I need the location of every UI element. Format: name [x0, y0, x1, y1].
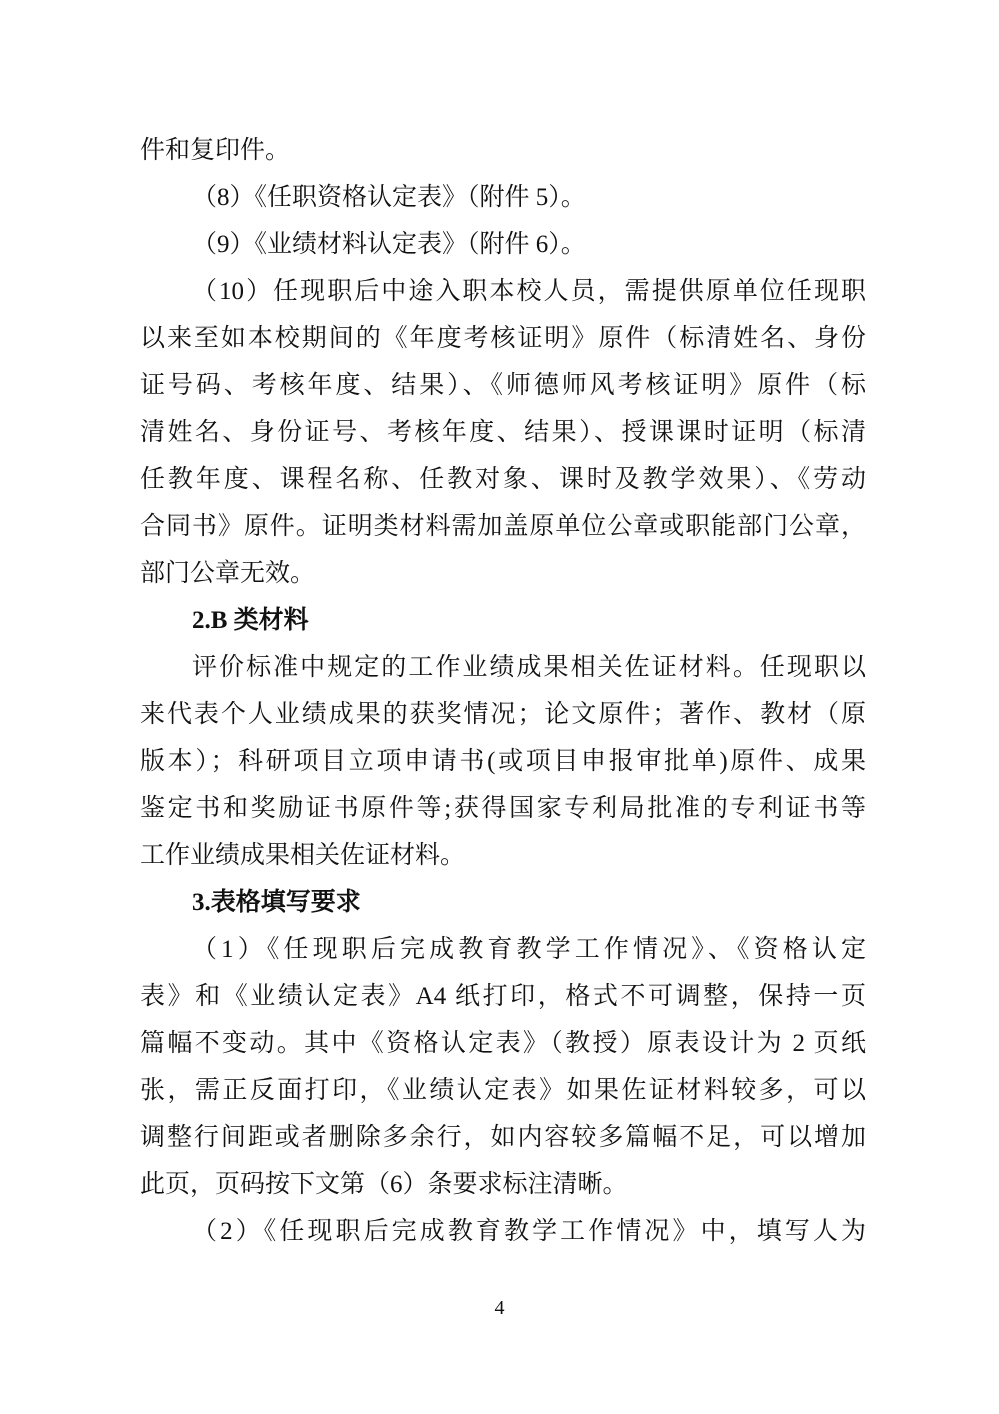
- document-line: 件和复印件。: [140, 127, 866, 174]
- document-line: 张，需正反面打印，《业绩认定表》如果佐证材料较多，可以: [140, 1067, 866, 1114]
- document-line: 此页，页码按下文第（6）条要求标注清晰。: [140, 1161, 866, 1208]
- document-line: 部门公章无效。: [140, 550, 866, 597]
- document-body: 件和复印件。（8）《任职资格认定表》（附件 5）。（9）《业绩材料认定表》（附件…: [140, 127, 866, 1255]
- document-line: （2）《任现职后完成教育教学工作情况》中，填写人为: [140, 1208, 866, 1255]
- document-line: 篇幅不变动。其中《资格认定表》（教授）原表设计为 2 页纸: [140, 1020, 866, 1067]
- document-line: 3.表格填写要求: [140, 879, 866, 926]
- document-line: 合同书》原件。证明类材料需加盖原单位公章或职能部门公章，: [140, 503, 866, 550]
- document-line: 评价标准中规定的工作业绩成果相关佐证材料。任现职以: [140, 644, 866, 691]
- document-line: 清姓名、身份证号、考核年度、结果）、授课课时证明（标清: [140, 409, 866, 456]
- document-line: （1）《任现职后完成教育教学工作情况》、《资格认定: [140, 926, 866, 973]
- document-line: （10）任现职后中途入职本校人员，需提供原单位任现职: [140, 268, 866, 315]
- document-line: 鉴定书和奖励证书原件等;获得国家专利局批准的专利证书等: [140, 785, 866, 832]
- document-line: 2.B 类材料: [140, 597, 866, 644]
- document-line: 以来至如本校期间的《年度考核证明》原件（标清姓名、身份: [140, 315, 866, 362]
- document-line: （9）《业绩材料认定表》（附件 6）。: [140, 221, 866, 268]
- document-line: 调整行间距或者删除多余行，如内容较多篇幅不足，可以增加: [140, 1114, 866, 1161]
- page-number: 4: [0, 1293, 999, 1323]
- document-page: 件和复印件。（8）《任职资格认定表》（附件 5）。（9）《业绩材料认定表》（附件…: [0, 0, 999, 1414]
- document-line: 来代表个人业绩成果的获奖情况；论文原件；著作、教材（原: [140, 691, 866, 738]
- document-line: （8）《任职资格认定表》（附件 5）。: [140, 174, 866, 221]
- document-line: 版本）；科研项目立项申请书(或项目申报审批单)原件、成果: [140, 738, 866, 785]
- document-line: 工作业绩成果相关佐证材料。: [140, 832, 866, 879]
- document-line: 证号码、考核年度、结果）、《师德师风考核证明》原件（标: [140, 362, 866, 409]
- document-line: 表》和《业绩认定表》A4 纸打印，格式不可调整，保持一页: [140, 973, 866, 1020]
- document-line: 任教年度、课程名称、任教对象、课时及教学效果）、《劳动: [140, 456, 866, 503]
